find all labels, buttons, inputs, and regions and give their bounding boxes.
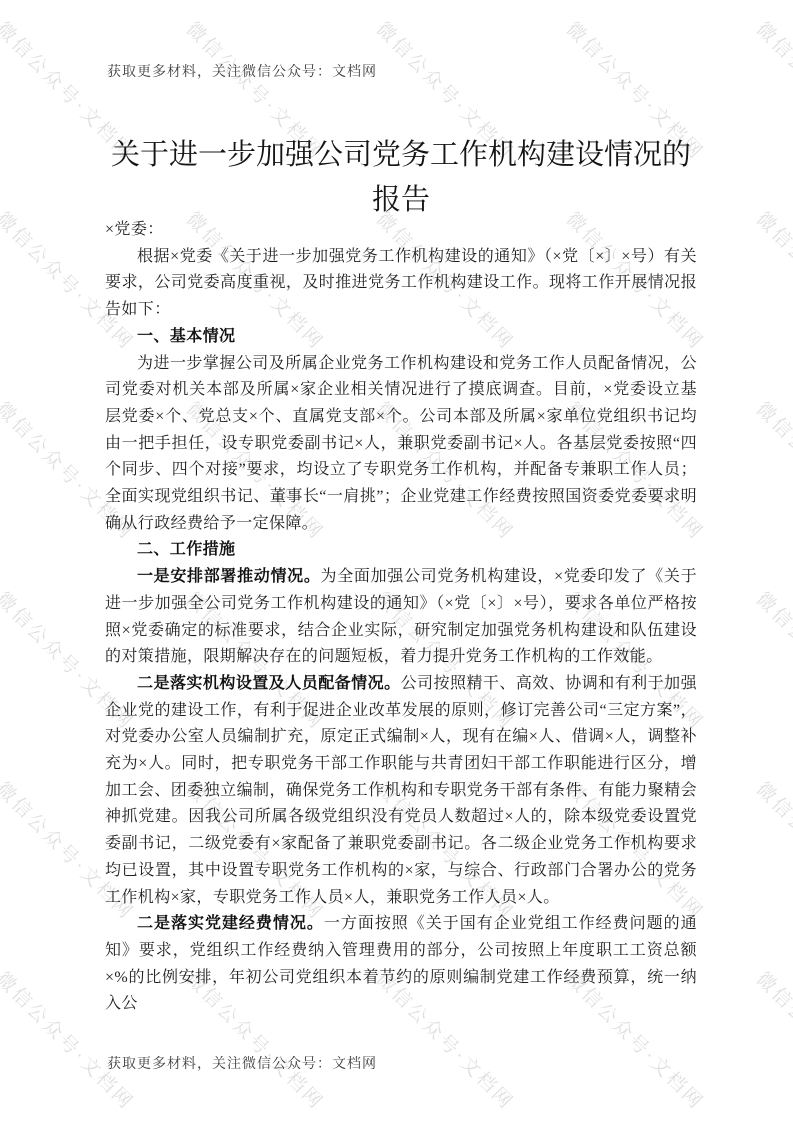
document-body: ×党委： 根据×党委《关于进一步加强党务工作机构建设的通知》（×党〔×〕×号）有… — [105, 217, 697, 1018]
paragraph-text: 二、工作措施 — [137, 541, 235, 558]
paragraph-lead: 二是落实党建经费情况。 — [137, 915, 324, 932]
paragraph-text: 根据×党委《关于进一步加强党务工作机构建设的通知》（×党〔×〕×号）有关要求，公… — [105, 248, 697, 318]
footer-note: 获取更多材料，关注微信公众号：文档网 — [107, 1053, 377, 1073]
paragraph: 为进一步掌握公司及所属企业党务工作机构建设和党务工作人员配备情况，公司党委对机关… — [105, 351, 697, 538]
paragraph-lead: 一是安排部署推动情况。 — [137, 568, 321, 585]
paragraph: 二是落实党建经费情况。一方面按照《关于国有企业党组工作经费问题的通知》要求，党组… — [105, 911, 697, 1018]
paragraph-lead: 二是落实机构设置及人员配备情况。 — [137, 675, 401, 692]
document-title: 关于进一步加强公司党务工作机构建设情况的报告 — [105, 133, 697, 223]
header-note: 获取更多材料，关注微信公众号：文档网 — [107, 61, 377, 81]
paragraph: 根据×党委《关于进一步加强党务工作机构建设的通知》（×党〔×〕×号）有关要求，公… — [105, 244, 697, 324]
salutation: ×党委： — [105, 217, 697, 244]
paragraph-text: 公司按照精干、高效、协调和有利于加强企业党的建设工作，有利于促进企业改革发展的原… — [105, 675, 697, 906]
page-content: 获取更多材料，关注微信公众号：文档网 关于进一步加强公司党务工作机构建设情况的报… — [0, 0, 793, 1122]
paragraph: 一是安排部署推动情况。为全面加强公司党务机构建设，×党委印发了《关于进一步加强全… — [105, 564, 697, 671]
title-line: 关于进一步加强公司党务工作机构建设情况的 — [105, 133, 697, 178]
section-heading: 二、工作措施 — [105, 537, 697, 564]
paragraph: 二是落实机构设置及人员配备情况。公司按照精干、高效、协调和有利于加强企业党的建设… — [105, 671, 697, 911]
paragraph-text: 为进一步掌握公司及所属企业党务工作机构建设和党务工作人员配备情况，公司党委对机关… — [105, 355, 697, 532]
section-heading: 一、基本情况 — [105, 324, 697, 351]
document-page: 微信公众号·文档网微信公众号·文档网微信公众号·文档网微信公众号·文档网微信公众… — [0, 0, 793, 1122]
paragraph-text: 一、基本情况 — [137, 328, 235, 345]
